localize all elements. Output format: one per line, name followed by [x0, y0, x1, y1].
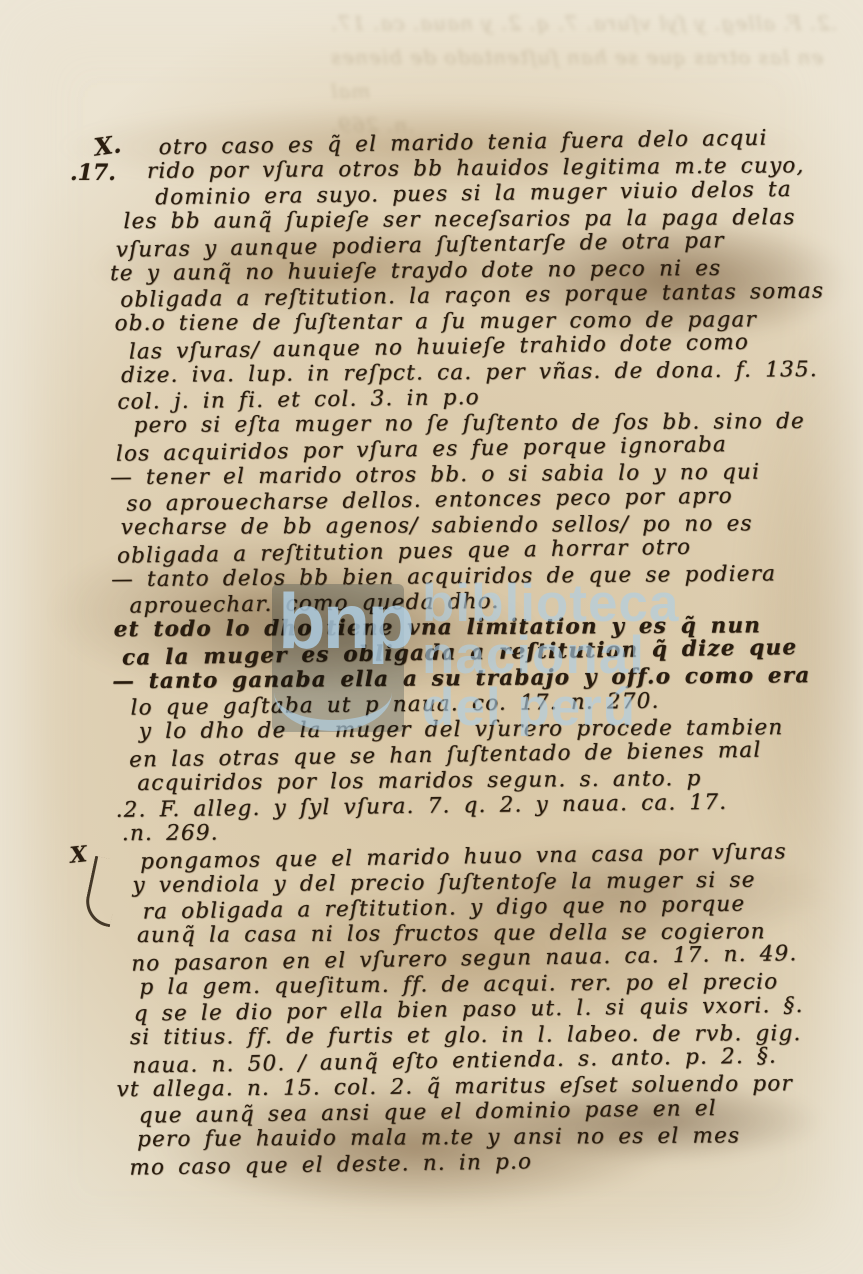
manuscript-page: .2. F. alleg. y ſyl vſura. 7. q. 2. y na…: [0, 0, 863, 1274]
margin-mark-x-lower: X: [69, 841, 89, 869]
manuscript-text-block: otro caso es q̃ el marido tenia fuera de…: [107, 126, 858, 1179]
